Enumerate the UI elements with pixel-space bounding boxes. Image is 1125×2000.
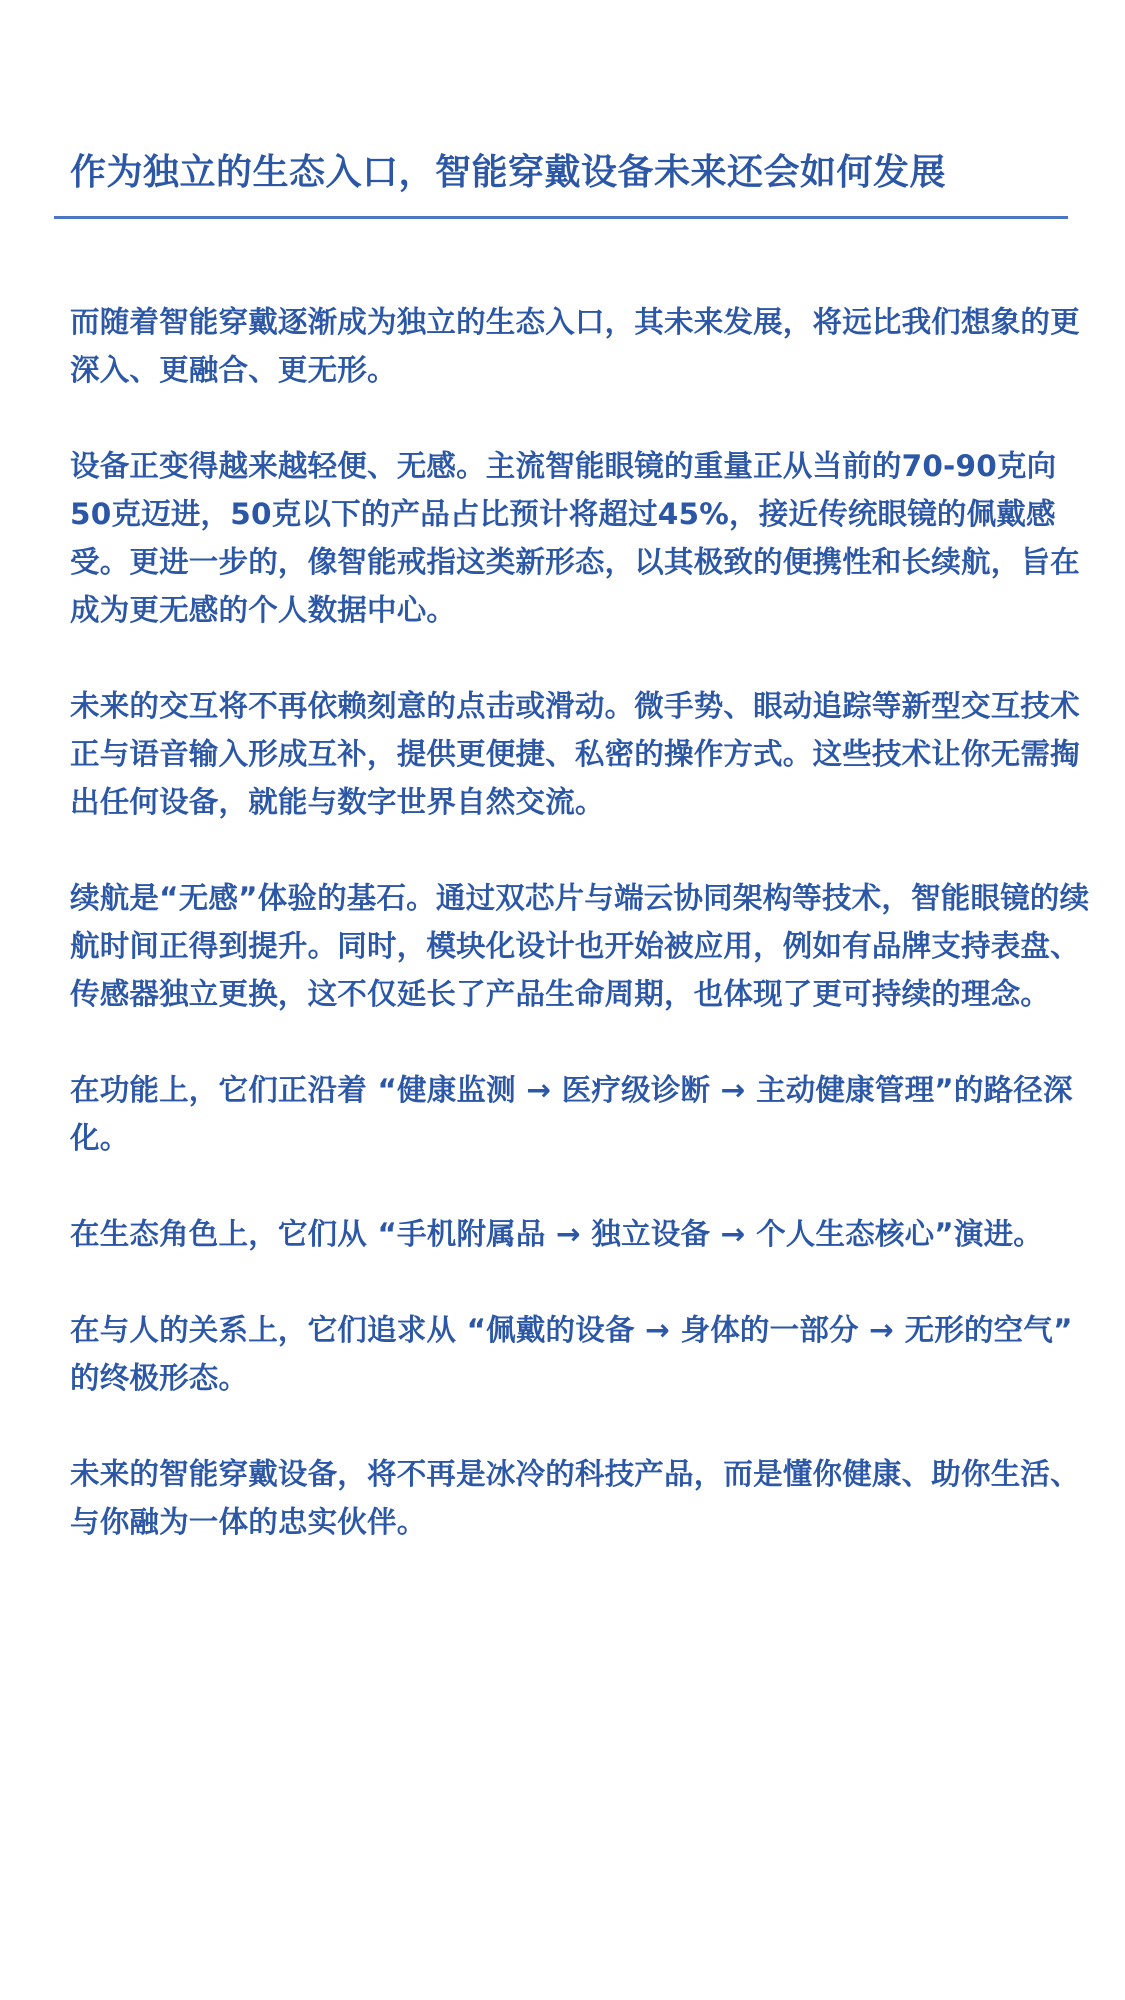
paragraph-function: 在功能上，它们正沿着 “健康监测 → 医疗级诊断 → 主动健康管理”的路径深化。 <box>70 1066 1090 1162</box>
paragraph-interaction: 未来的交互将不再依赖刻意的点击或滑动。微手势、眼动追踪等新型交互技术正与语音输入… <box>70 682 1090 826</box>
title-divider <box>54 216 1068 219</box>
article-page: 作为独立的生态入口，智能穿戴设备未来还会如何发展 而随着智能穿戴逐渐成为独立的生… <box>0 0 1125 2000</box>
paragraph-conclusion: 未来的智能穿戴设备，将不再是冰冷的科技产品，而是懂你健康、助你生活、与你融为一体… <box>70 1450 1090 1546</box>
article-title: 作为独立的生态入口，智能穿戴设备未来还会如何发展 <box>70 148 946 198</box>
paragraph-intro: 而随着智能穿戴逐渐成为独立的生态入口，其未来发展，将远比我们想象的更深入、更融合… <box>70 298 1090 394</box>
paragraph-battery: 续航是“无感”体验的基石。通过双芯片与端云协同架构等技术，智能眼镜的续航时间正得… <box>70 874 1090 1018</box>
paragraph-human-relation: 在与人的关系上，它们追求从 “佩戴的设备 → 身体的一部分 → 无形的空气” 的… <box>70 1306 1090 1402</box>
article-body: 而随着智能穿戴逐渐成为独立的生态入口，其未来发展，将远比我们想象的更深入、更融合… <box>70 298 1090 1594</box>
paragraph-ecosystem-role: 在生态角色上，它们从 “手机附属品 → 独立设备 → 个人生态核心”演进。 <box>70 1210 1090 1258</box>
paragraph-lightweight: 设备正变得越来越轻便、无感。主流智能眼镜的重量正从当前的70-90克向50克迈进… <box>70 442 1090 634</box>
